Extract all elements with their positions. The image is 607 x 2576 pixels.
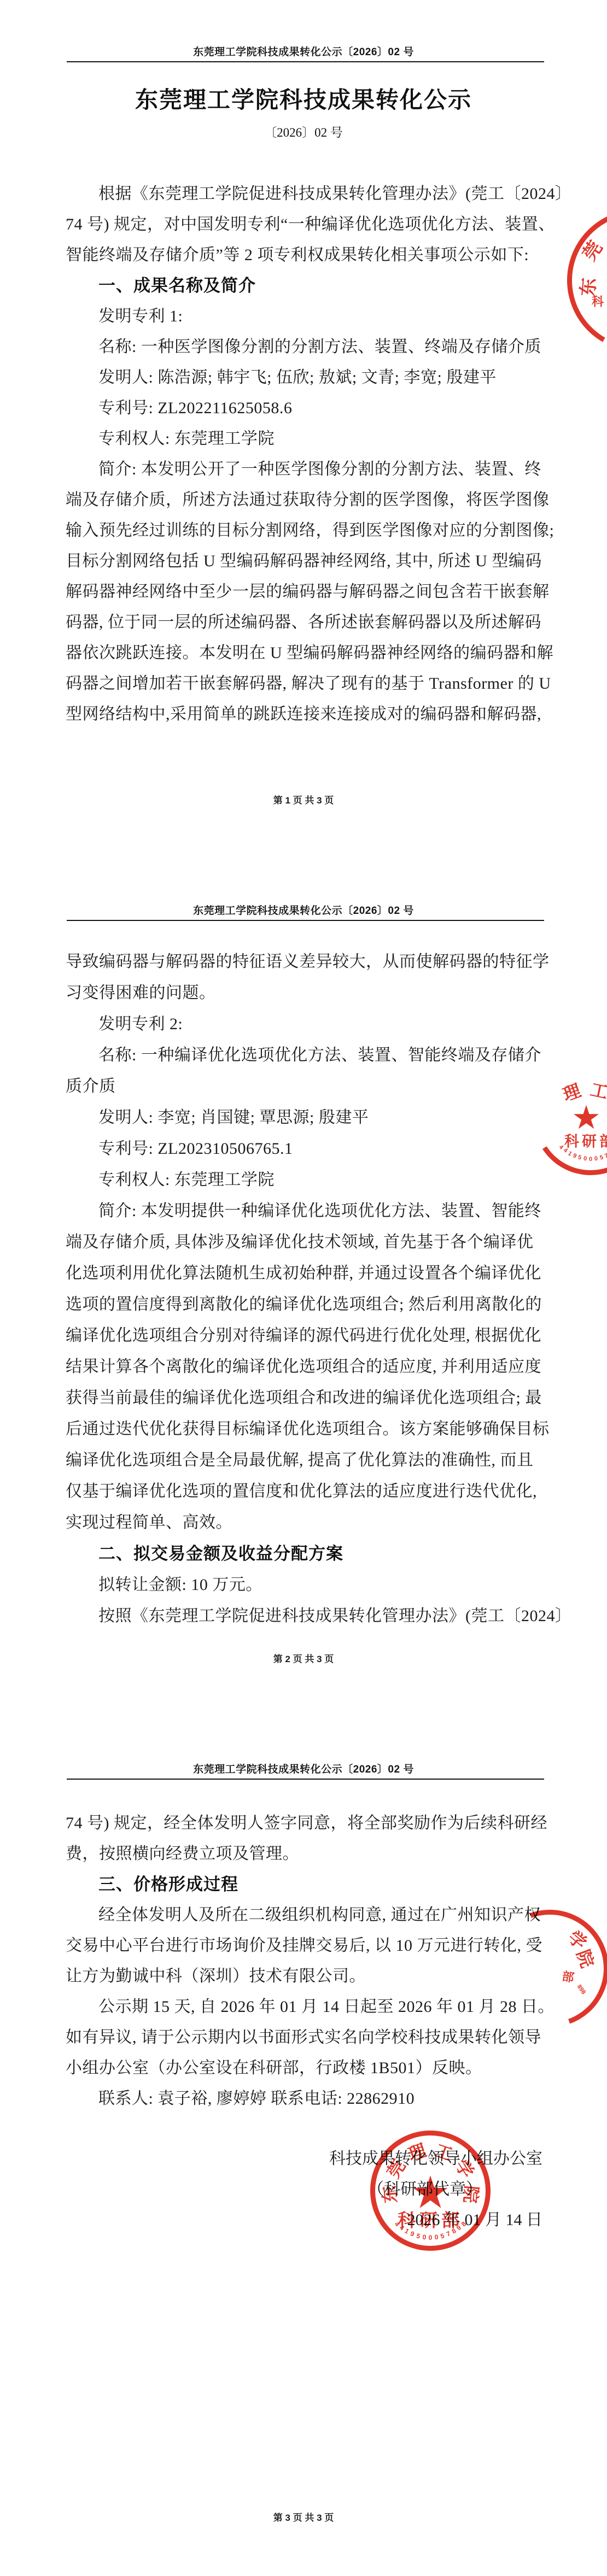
text-line: 获得当前最佳的编译优化选项组合和改进的编译优化选项组合; 最 <box>66 1382 549 1413</box>
seal-char: 科 <box>592 293 604 310</box>
seal-serial-digit: 0 <box>589 1156 592 1163</box>
text-line: 端及存储介质，所述方法通过获取待分割的医学图像，将医学图像 <box>66 485 549 515</box>
seal-ring-char: 东 <box>376 2185 402 2204</box>
page-2-body: 导致编码器与解码器的特征语义差异较大，从而使解码器的特征学习变得困难的问题。发明… <box>66 946 549 1632</box>
text-line: 发明人: 陈浩源; 韩宇飞; 伍欣; 敖斌; 文青; 李宽; 殷建平 <box>66 362 549 393</box>
seal-serial-digit: 0 <box>429 2234 433 2241</box>
text-line: 专利号: ZL202310506765.1 <box>66 1133 549 1164</box>
text-line: 码器之间增加若干嵌套解码器, 解决了现有的基于 Transformer 的 U <box>66 668 549 699</box>
text-line: 质介质 <box>66 1071 549 1102</box>
text-line: 化选项利用优化算法随机生成初始种群, 并通过设置各个编译优化 <box>66 1258 549 1289</box>
text-line: 公示期 15 天, 自 2026 年 01 月 14 日起至 2026 年 01… <box>66 1992 549 2022</box>
page-header: 东莞理工学院科技成果转化公示〔2026〕02 号 <box>0 902 607 917</box>
text-line: 经全体发明人及所在二级组织机构同意, 通过在广州知识产权 <box>66 1900 549 1930</box>
red-seal-partial-icon: 莞东科 <box>567 209 607 351</box>
header-rule <box>67 1779 544 1780</box>
text-line: 习变得困难的问题。 <box>66 977 549 1008</box>
red-seal-partial-icon: 理工★科研部4419500057898 <box>533 1060 607 1175</box>
text-line: 导致编码器与解码器的特征语义差异较大，从而使解码器的特征学 <box>66 946 549 977</box>
section-heading: 一、成果名称及简介 <box>66 271 549 301</box>
page-3-body: 74 号) 规定，经全体发明人签字同意，将全部奖励作为后续科研经费，按照横向经费… <box>66 1808 549 2114</box>
page-1-footer: 第 1 页 共 3 页 <box>0 793 607 806</box>
doc-title: 东莞理工学院科技成果转化公示 <box>0 82 607 115</box>
seal-ring-char: 院 <box>458 2185 485 2204</box>
text-line: 小组办公室（办公室设在科研部，行政楼 1B501）反映。 <box>66 2053 549 2084</box>
text-line: 端及存储介质, 具体涉及编译优化技术领域, 首先基于各个编译优 <box>66 1227 549 1258</box>
text-line: 选项的置信度得到离散化的编译优化选项组合; 然后利用离散化的 <box>66 1289 549 1320</box>
text-line: 发明人: 李宽; 肖国键; 覃思源; 殷建平 <box>66 1102 549 1133</box>
header-rule <box>67 61 544 62</box>
page-3-footer: 第 3 页 共 3 页 <box>0 2510 607 2524</box>
seal-ring <box>472 1891 607 2047</box>
page-header: 东莞理工学院科技成果转化公示〔2026〕02 号 <box>0 1761 607 1776</box>
doc-number: 〔2026〕02 号 <box>0 122 607 140</box>
text-line: 发明专利 2: <box>66 1008 549 1040</box>
text-line: 后通过迭代优化获得目标编译优化选项组合。该方案能够确保目标 <box>66 1413 549 1445</box>
text-line: 简介: 本发明公开了一种医学图像分割的分割方法、装置、终 <box>66 454 549 485</box>
text-line: 简介: 本发明提供一种编译优化选项优化方法、装置、智能终 <box>66 1195 549 1227</box>
page-header: 东莞理工学院科技成果转化公示〔2026〕02 号 <box>0 44 607 58</box>
page-1-body: 根据《东莞理工学院促进科技成果转化管理办法》(莞工〔2024〕74 号) 规定，… <box>66 179 549 730</box>
text-line: 联系人: 袁子裕, 廖婷婷 联系电话: 22862910 <box>66 2084 549 2114</box>
page-2-footer: 第 2 页 共 3 页 <box>0 1651 607 1665</box>
text-line: 专利权人: 东莞理工学院 <box>66 424 549 454</box>
text-line: 编译优化选项组合分别对待编译的源代码进行优化处理, 根据优化 <box>66 1320 549 1351</box>
text-line: 器依次跳跃连接。本发明在 U 型编码解码器神经网络的编码器和解 <box>66 638 549 668</box>
text-line: 智能终端及存储介质”等 2 项专利权成果转化相关事项公示如下: <box>66 240 549 271</box>
text-line: 74 号) 规定，对中国发明专利“一种编译优化选项优化方法、装置、 <box>66 209 549 240</box>
text-line: 名称: 一种医学图像分割的分割方法、装置、终端及存储介质 <box>66 332 549 362</box>
text-line: 74 号) 规定，经全体发明人签字同意，将全部奖励作为后续科研经 <box>66 1808 549 1839</box>
text-line: 名称: 一种编译优化选项优化方法、装置、智能终端及存储介 <box>66 1040 549 1071</box>
text-line: 拟转让金额: 10 万元。 <box>66 1569 549 1600</box>
text-line: 仅基于编译优化选项的置信度和优化算法的适应度进行迭代优化, <box>66 1476 549 1507</box>
text-line: 专利号: ZL202211625058.6 <box>66 393 549 424</box>
page-3: 东莞理工学院科技成果转化公示〔2026〕02 号 74 号) 规定，经全体发明人… <box>0 1717 607 2576</box>
text-line: 交易中心平台进行市场询价及挂牌交易后, 以 10 万元进行转化, 受 <box>66 1930 549 1961</box>
text-line: 结果计算各个离散化的编译优化选项组合的适应度, 并利用适应度 <box>66 1351 549 1382</box>
text-line: 如有异议, 请于公示期内以书面形式实名向学校科技成果转化领导 <box>66 2022 549 2053</box>
text-line: 专利权人: 东莞理工学院 <box>66 1164 549 1195</box>
section-heading: 三、价格形成过程 <box>66 1869 549 1900</box>
announcement-document: 东莞理工学院科技成果转化公示〔2026〕02 号 东莞理工学院科技成果转化公示 … <box>0 0 607 2576</box>
seal-char: 部 <box>561 1967 575 1985</box>
text-line: 码器, 位于同一层的所述编码器、各所述嵌套解码器以及所述解码 <box>66 607 549 638</box>
text-line: 费，按照横向经费立项及管理。 <box>66 1839 549 1869</box>
text-line: 目标分割网络包括 U 型编码解码器神经网络, 其中, 所述 U 型编码 <box>66 546 549 577</box>
seal-label: 科研部 <box>564 1130 607 1151</box>
text-line: 按照《东莞理工学院促进科技成果转化管理办法》(莞工〔2024〕 <box>66 1600 549 1632</box>
section-heading: 二、拟交易金额及收益分配方案 <box>66 1538 549 1569</box>
seal-serial-digit: 0 <box>422 2233 427 2241</box>
red-seal-partial-icon: 学院部898 <box>491 1910 607 2027</box>
page-2: 东莞理工学院科技成果转化公示〔2026〕02 号 导致编码器与解码器的特征语义差… <box>0 859 607 1717</box>
text-line: 输入预先经过训练的目标分割网络，得到医学图像对应的分割图像; <box>66 515 549 546</box>
text-line: 型网络结构中,采用简单的跳跃连接来连接成对的编码器和解码器, <box>66 699 549 730</box>
header-rule <box>67 920 544 921</box>
text-line: 根据《东莞理工学院促进科技成果转化管理办法》(莞工〔2024〕 <box>66 179 549 209</box>
text-line: 编译优化选项组合是全局最优解, 提高了优化算法的准确性, 而且 <box>66 1445 549 1476</box>
page-1: 东莞理工学院科技成果转化公示〔2026〕02 号 东莞理工学院科技成果转化公示 … <box>0 0 607 859</box>
text-line: 实现过程简单、高效。 <box>66 1507 549 1538</box>
text-line: 发明专利 1: <box>66 301 549 332</box>
official-red-seal-icon: 东莞理工学院★科研部4419500057898 <box>370 2131 491 2251</box>
text-line: 解码器神经网络中至少一层的编码器与解码器之间包含若干嵌套解 <box>66 577 549 607</box>
text-line: 让方为勤诚中科（深圳）技术有限公司。 <box>66 1961 549 1992</box>
seal-serial-digit: 0 <box>594 1155 598 1163</box>
